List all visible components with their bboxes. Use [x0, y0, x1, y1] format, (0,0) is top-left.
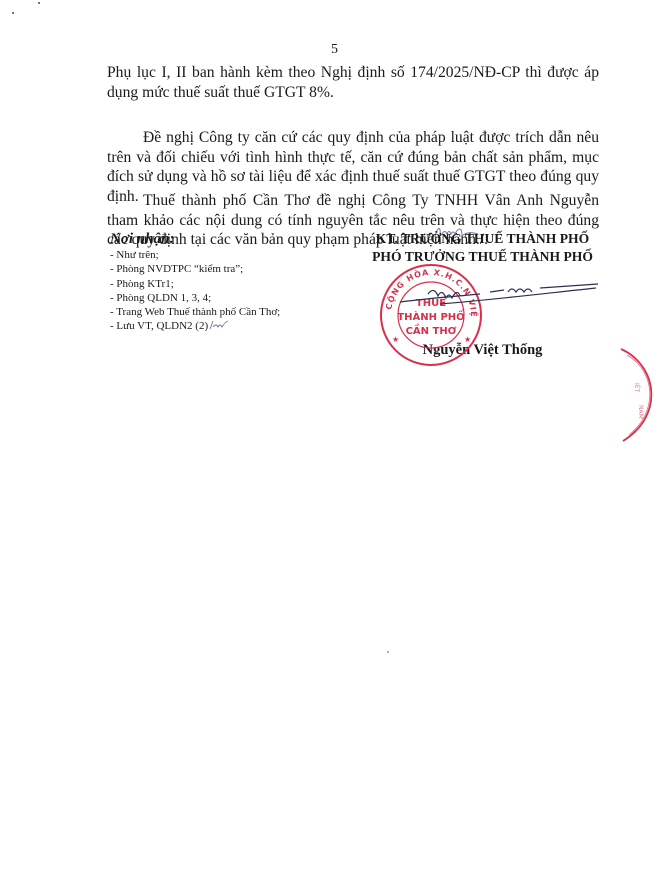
- signer-title-line1: KT. TRƯỞNG THUẾ THÀNH PHỐ: [360, 230, 605, 248]
- recipient-item: - Trang Web Thuế thành phố Cần Thơ;: [110, 305, 340, 319]
- signature-block: KT. TRƯỞNG THUẾ THÀNH PHỐ PHÓ TRƯỞNG THU…: [360, 230, 605, 265]
- scan-speck: [38, 2, 40, 4]
- handwritten-initial: [208, 319, 230, 331]
- svg-text:IỆT: IỆT: [633, 383, 641, 393]
- svg-text:NAM: NAM: [637, 405, 644, 419]
- official-stamp: CỘNG HÒA X.H.C.N VIỆT NAM THUẾ THÀNH PHỐ…: [378, 262, 484, 368]
- recipient-item: - Phòng NVDTPC “kiểm tra”;: [110, 262, 340, 276]
- recipient-item: - Phòng QLDN 1, 3, 4;: [110, 291, 340, 305]
- scan-speck: [387, 651, 389, 653]
- page-number: 5: [0, 42, 669, 58]
- scan-speck: [12, 12, 14, 14]
- svg-text:★: ★: [464, 335, 471, 344]
- recipient-item: - Lưu VT, QLDN2 (2): [110, 319, 340, 333]
- handwritten-signature: [400, 282, 600, 312]
- recipients-block: Nơi nhận: - Như trên; - Phòng NVDTPC “ki…: [110, 230, 340, 334]
- svg-text:★: ★: [392, 335, 399, 344]
- partial-stamp-edge: IỆT NAM: [617, 345, 669, 445]
- stamp-line3: CẦN THƠ: [406, 323, 457, 337]
- paragraph-continuation: Phụ lục I, II ban hành kèm theo Nghị địn…: [107, 63, 599, 102]
- recipients-title: Nơi nhận:: [110, 230, 340, 248]
- recipient-item: - Phòng KTr1;: [110, 277, 340, 291]
- recipients-list: - Như trên; - Phòng NVDTPC “kiểm tra”; -…: [110, 248, 340, 334]
- recipient-item-text: - Lưu VT, QLDN2 (2): [110, 320, 208, 332]
- recipient-item: - Như trên;: [110, 248, 340, 262]
